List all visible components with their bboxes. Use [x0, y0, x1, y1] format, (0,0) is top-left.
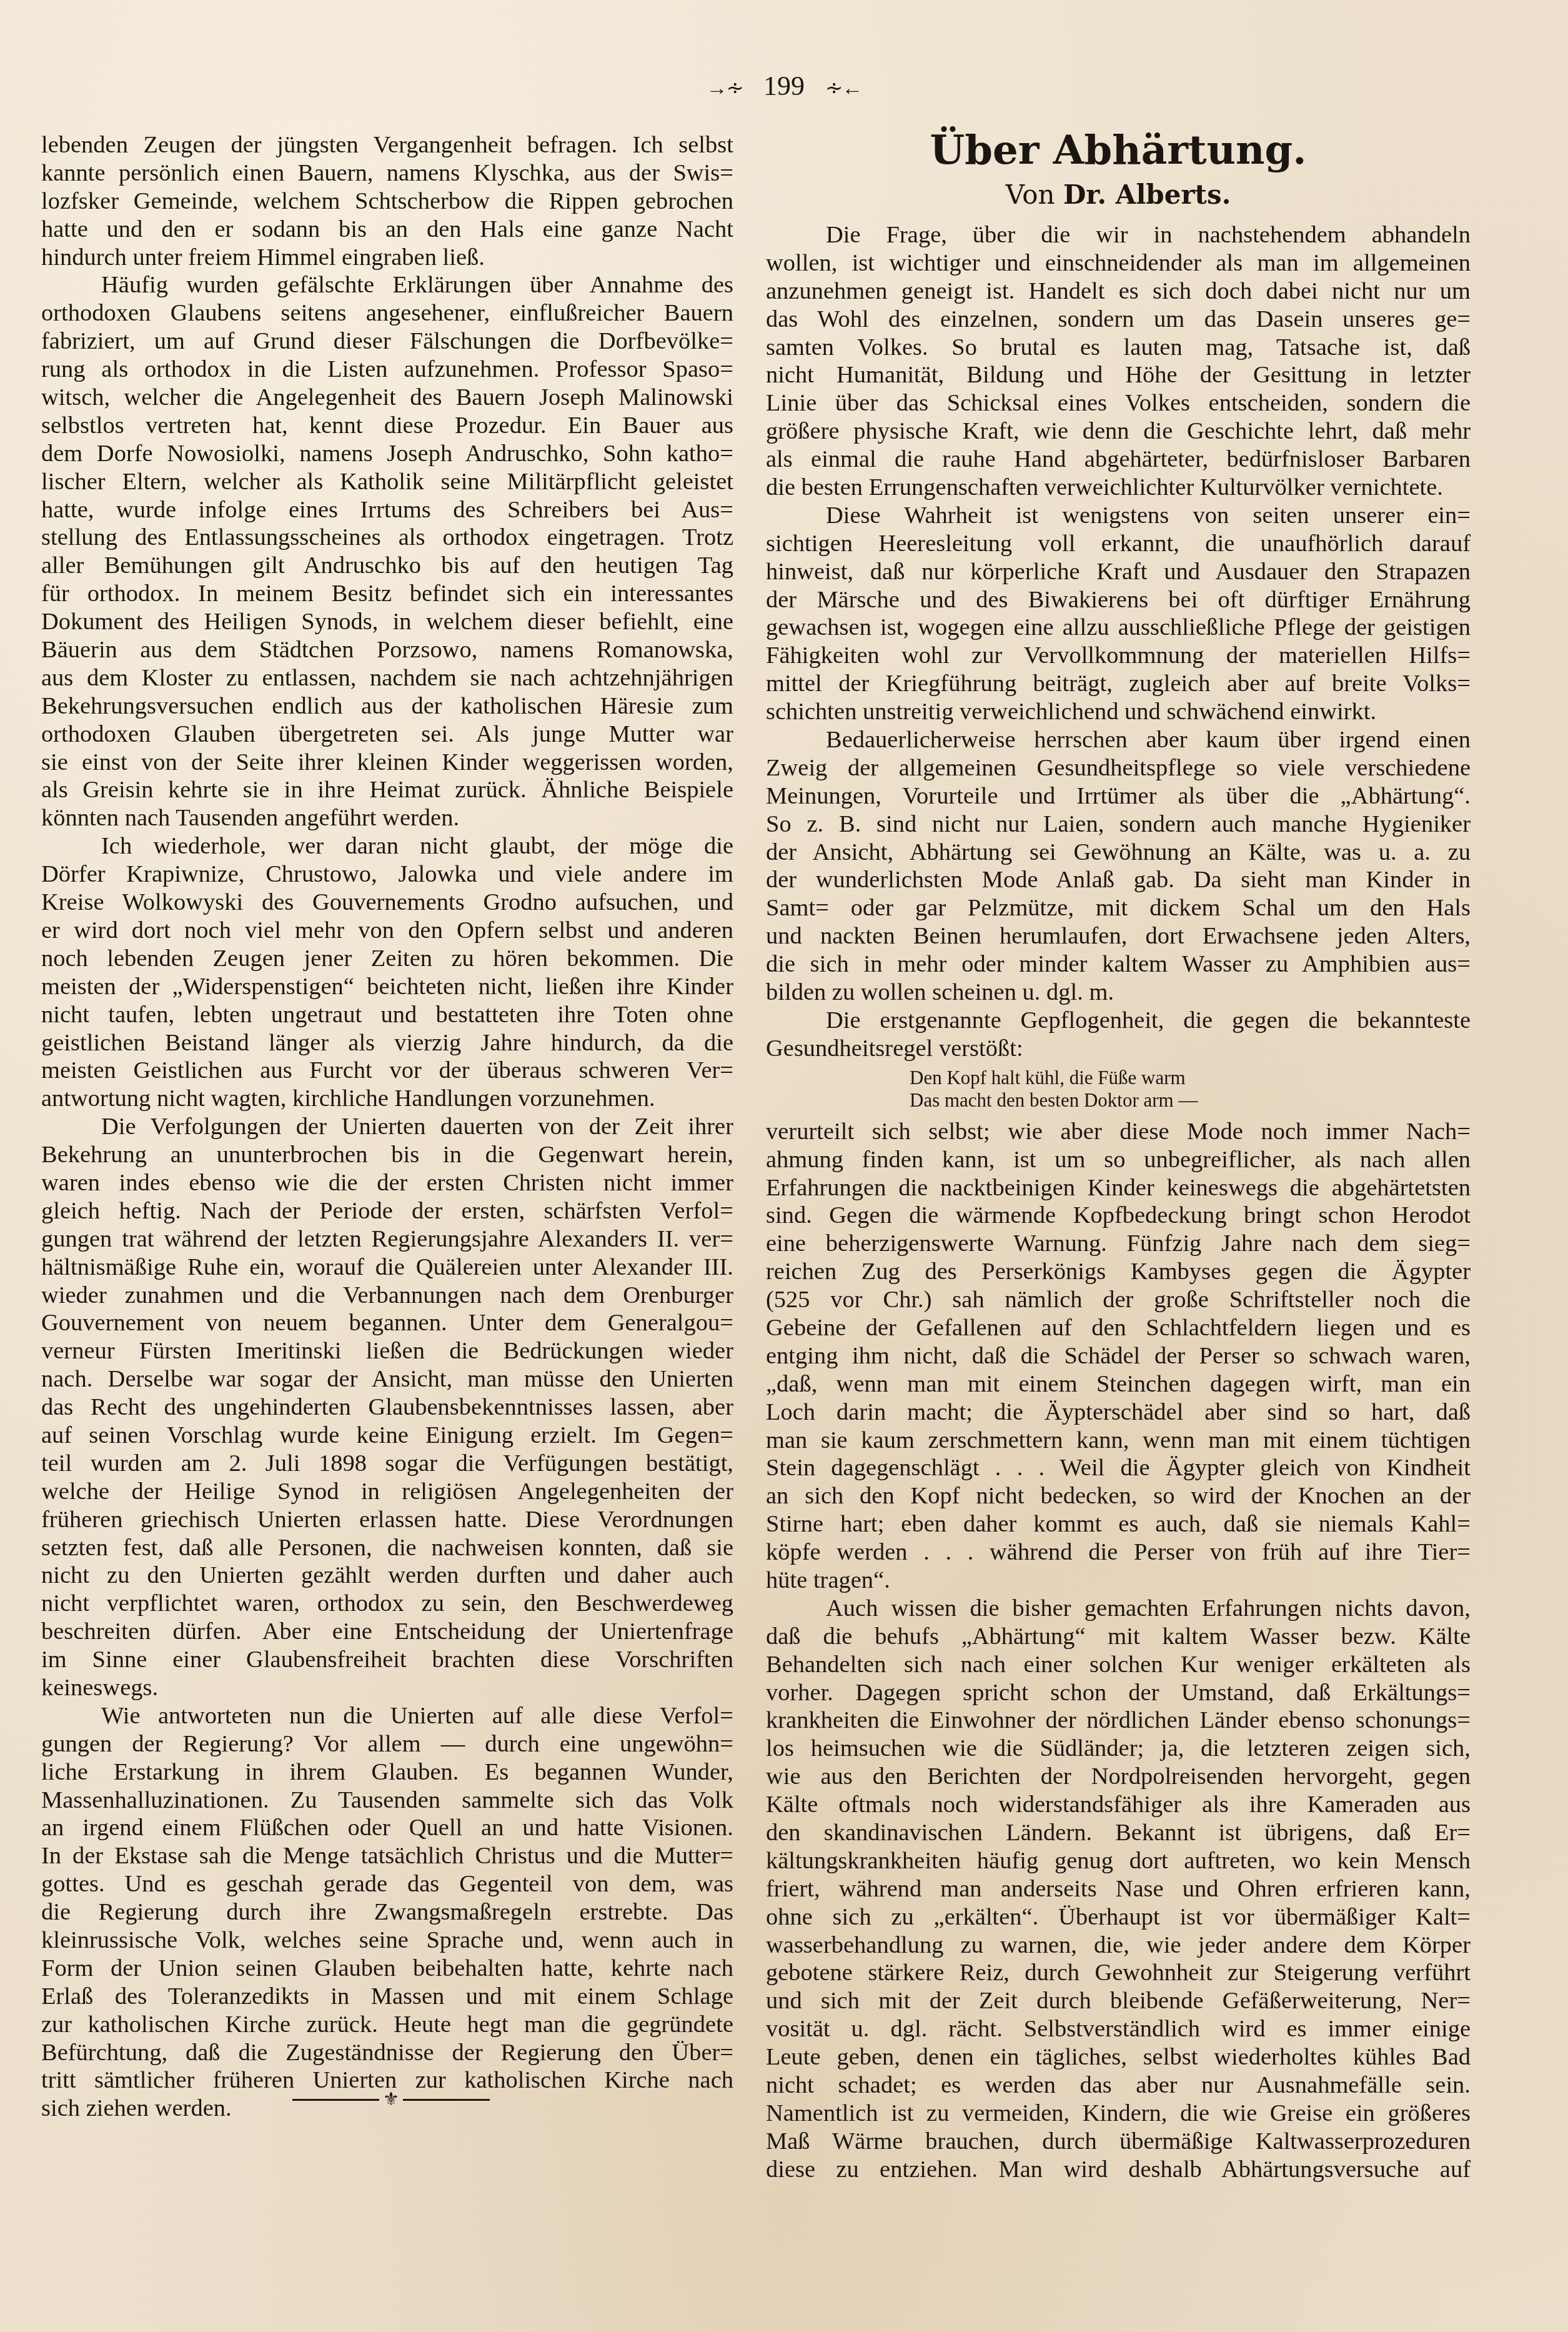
text-line: Erlaß des Toleranzedikts in Massen und m…	[41, 1983, 733, 2011]
text-line: nicht Humanität, Bildung und Höhe der Ge…	[766, 361, 1471, 389]
text-line: fabriziert, um auf Grund dieser Fälschun…	[41, 327, 733, 356]
text-line: hatte und den er sodann bis an den Hals …	[41, 216, 733, 244]
text-line: entging ihm nicht, daß die Schädel der P…	[766, 1342, 1471, 1370]
divider-rule-left	[292, 2099, 379, 2101]
text-line: Massenhalluzinationen. Zu Tausenden samm…	[41, 1786, 733, 1815]
section-end-divider: ⚜	[292, 2090, 490, 2109]
text-line: anzunehmen geneigt ist. Handelt es sich …	[766, 277, 1471, 306]
text-line: rung als orthodox in die Listen aufzuneh…	[41, 356, 733, 384]
author-name: Dr. Alberts.	[1063, 179, 1231, 210]
text-line: früheren griechisch Unierten erlassen ha…	[41, 1506, 733, 1534]
text-line: Die Frage, über die wir in nachstehendem…	[766, 221, 1471, 249]
text-line: lebenden Zeugen der jüngsten Vergangenhe…	[41, 131, 733, 159]
text-line: die sich in mehr oder minder kaltem Wass…	[766, 950, 1471, 979]
article-byline: Von Dr. Alberts.	[766, 176, 1471, 214]
text-line: Gouvernement von neuem begannen. Unter d…	[41, 1309, 733, 1337]
text-line: Bäuerin aus dem Städtchen Porzsowo, name…	[41, 636, 733, 664]
text-line: hindurch unter freiem Himmel eingraben l…	[41, 244, 733, 272]
article-body-part1: Die Frage, über die wir in nachstehendem…	[766, 221, 1471, 1063]
text-line: „daß, wenn man mit einem Steinchen dageg…	[766, 1370, 1471, 1398]
text-line: geistlichen Beistand länger als vierzig …	[41, 1029, 733, 1057]
text-line: orthodoxen Glaubens seitens angesehener,…	[41, 299, 733, 327]
text-line: daß die behufs „Abhärtung“ mit kaltem Wa…	[766, 1623, 1471, 1651]
page-header: →∻ 199 ∻←	[0, 67, 1568, 107]
text-line: samten Volkes. So brutal es lauten mag, …	[766, 334, 1471, 362]
verse-line: Den Kopf halt kühl, die Füße warm	[910, 1067, 1471, 1089]
page-number: 199	[763, 71, 805, 101]
text-line: er wird dort noch viel mehr von den Opfe…	[41, 917, 733, 945]
text-line: Fähigkeiten wohl zur Vervollkommnung der…	[766, 642, 1471, 670]
text-line: hüte tragen“.	[766, 1567, 1471, 1595]
text-line: keineswegs.	[41, 1674, 733, 1702]
text-line: größere physische Kraft, wie denn die Ge…	[766, 417, 1471, 446]
text-line: lozfsker Gemeinde, welchem Schtscherbow …	[41, 187, 733, 216]
text-line: sind. Gegen die wärmende Kopfbedeckung b…	[766, 1202, 1471, 1230]
text-line: als einmal die rauhe Hand abgehärteter, …	[766, 446, 1471, 474]
right-column: Über Abhärtung. Von Dr. Alberts. Die Fra…	[766, 125, 1471, 2184]
text-line: bilden zu wollen scheinen u. dgl. m.	[766, 979, 1471, 1007]
text-line: hältnismäßige Ruhe ein, worauf die Quäle…	[41, 1253, 733, 1282]
text-line: der wunderlichsten Mode Anlaß gab. Da si…	[766, 866, 1471, 894]
text-line: los heimsuchen wie die Südländer; ja, di…	[766, 1735, 1471, 1763]
text-line: selbstlos vertreten hat, kennt diese Pro…	[41, 412, 733, 440]
text-line: Form der Union seinen Glauben beibehalte…	[41, 1955, 733, 1983]
text-line: So z. B. sind nicht nur Laien, sondern a…	[766, 810, 1471, 839]
text-line: zur katholischen Kirche zurück. Heute he…	[41, 2011, 733, 2039]
text-line: wie aus den Berichten der Nordpolreisend…	[766, 1763, 1471, 1791]
text-line: köpfe werden . . . während die Perser vo…	[766, 1538, 1471, 1567]
text-line: Stirne hart; eben daher kommt es auch, d…	[766, 1510, 1471, 1538]
text-line: und nackten Beinen herumlaufen, dort Erw…	[766, 922, 1471, 950]
article-body-part2: verurteilt sich selbst; wie aber diese M…	[766, 1118, 1471, 2184]
text-line: hatte, wurde infolge eines Irrtums des S…	[41, 496, 733, 524]
text-line: Erfahrungen die nacktbeinigen Kinder kei…	[766, 1174, 1471, 1202]
text-line: für orthodox. In meinem Besitz befindet …	[41, 580, 733, 608]
text-line: und sich mit der Zeit durch bleibende Ge…	[766, 1987, 1471, 2015]
text-line: der Ansicht, Abhärtung sei Gewöhnung an …	[766, 839, 1471, 867]
text-line: eine beherzigenswerte Warnung. Fünfzig J…	[766, 1230, 1471, 1258]
text-line: lischer Eltern, welcher als Katholik sei…	[41, 468, 733, 496]
text-line: orthodoxen Glauben übergetreten sei. Als…	[41, 720, 733, 749]
article-title: Über Abhärtung.	[766, 125, 1471, 176]
text-line: Linie über das Schicksal eines Volkes en…	[766, 389, 1471, 417]
text-line: Zweig der allgemeinen Gesundheitspflege …	[766, 754, 1471, 782]
text-line: krankheiten die Einwohner der nördlichen…	[766, 1707, 1471, 1735]
text-line: In der Ekstase sah die Menge tatsächlich…	[41, 1842, 733, 1870]
text-line: ohne sich zu „erkälten“. Überhaupt ist v…	[766, 1903, 1471, 1931]
text-line: wieder zunahmen und die Verbannungen nac…	[41, 1282, 733, 1310]
text-line: (525 vor Chr.) sah nämlich der große Sch…	[766, 1286, 1471, 1314]
fleuron-icon: ⚜	[383, 2090, 400, 2109]
text-line: Samt= oder gar Pelzmütze, mit dickem Sch…	[766, 894, 1471, 922]
text-line: die Regierung durch ihre Zwangsmaßregeln…	[41, 1898, 733, 1926]
text-line: an irgend einem Flüßchen oder Quell an u…	[41, 1814, 733, 1842]
text-line: nicht zu den Unierten gezählt werden dur…	[41, 1562, 733, 1590]
text-line: gleich heftig. Nach der Periode der erst…	[41, 1197, 733, 1225]
text-line: Leute geben, denen ein tägliches, selbst…	[766, 2043, 1471, 2071]
text-line: Ich wiederhole, wer daran nicht glaubt, …	[41, 832, 733, 860]
text-line: Dokument des Heiligen Synods, in welchem…	[41, 608, 733, 636]
text-line: kältungskrankheiten häufig genug dort au…	[766, 1847, 1471, 1875]
text-line: schichten unstreitig verweichlichend und…	[766, 698, 1471, 726]
text-line: witsch, welcher die Angelegenheit des Ba…	[41, 384, 733, 412]
text-line: mittel der Kriegführung beiträgt, zuglei…	[766, 670, 1471, 698]
text-line: gebotene stärkere Reiz, durch Gewohnheit…	[766, 1959, 1471, 1987]
text-line: ahmung finden kann, ist um so unbegreifl…	[766, 1146, 1471, 1174]
text-line: im Sinne einer Glaubensfreiheit brachten…	[41, 1646, 733, 1674]
text-line: antwortung nicht wagten, kirchliche Hand…	[41, 1085, 733, 1113]
text-line: verneur Fürsten Imeritinski ließen die B…	[41, 1337, 733, 1365]
text-line: reichen Zug des Perserkönigs Kambyses ge…	[766, 1258, 1471, 1286]
divider-rule-right	[403, 2099, 490, 2101]
text-line: friert, während man anderseits Nase und …	[766, 1875, 1471, 1903]
text-line: Stein dagegenschlägt . . . Weil die Ägyp…	[766, 1454, 1471, 1482]
text-line: vosität u. dgl. rächt. Selbstverständlic…	[766, 2015, 1471, 2043]
text-line: liche Erstarkung in ihrem Glauben. Es be…	[41, 1758, 733, 1786]
text-line: sie einst von der Seite ihrer kleinen Ki…	[41, 749, 733, 777]
text-line: auf seinen Vorschlag wurde keine Einigun…	[41, 1422, 733, 1450]
text-line: Befürchtung, daß die Zugeständnisse der …	[41, 2039, 733, 2067]
text-line: dem Dorfe Nowosiolki, namens Joseph Andr…	[41, 440, 733, 468]
text-line: aus dem Kloster zu entlassen, nachdem si…	[41, 664, 733, 692]
text-line: Die erstgenannte Gepflogenheit, die gege…	[766, 1007, 1471, 1035]
text-line: verurteilt sich selbst; wie aber diese M…	[766, 1118, 1471, 1146]
text-line: Maß Wärme brauchen, durch übermäßige Kal…	[766, 2128, 1471, 2156]
text-line: beschreiten dürfen. Aber eine Entscheidu…	[41, 1618, 733, 1646]
text-line: Dörfer Krapiwnize, Chrustowo, Jalowka un…	[41, 860, 733, 889]
text-line: das Wohl des einzelnen, sondern um das D…	[766, 306, 1471, 334]
text-line: Loch darin macht; die Äypterschädel aber…	[766, 1398, 1471, 1427]
text-line: Häufig wurden gefälschte Erklärungen übe…	[41, 271, 733, 299]
text-line: wasserbehandlung zu warnen, die, wie jed…	[766, 1931, 1471, 1960]
text-line: vorher. Dagegen spricht schon der Umstan…	[766, 1679, 1471, 1707]
text-line: Auch wissen die bisher gemachten Erfahru…	[766, 1595, 1471, 1623]
text-line: aller Bemühungen gilt Andruschko bis auf…	[41, 552, 733, 580]
text-line: könnten nach Tausenden angeführt werden.	[41, 804, 733, 832]
text-line: meisten der „Widerspenstigen“ beichteten…	[41, 973, 733, 1001]
text-line: nach. Derselbe war sogar der Ansicht, ma…	[41, 1365, 733, 1393]
text-line: Gebeine der Gefallenen auf den Schlachtf…	[766, 1314, 1471, 1342]
text-line: Meinungen, Vorurteile und Irrtümer als ü…	[766, 782, 1471, 810]
text-line: nicht taufen, lebten ungetraut und besta…	[41, 1001, 733, 1029]
text-line: Bekehrung an ununterbrochen bis in die G…	[41, 1141, 733, 1169]
text-line: Diese Wahrheit ist wenigstens von seiten…	[766, 502, 1471, 530]
ornament-right-icon: ∻←	[825, 77, 862, 100]
text-line: als Greisin kehrte sie in ihre Heimat zu…	[41, 776, 733, 804]
text-line: gottes. Und es geschah gerade das Gegent…	[41, 1870, 733, 1898]
text-line: Wie antworteten nun die Unierten auf all…	[41, 1702, 733, 1730]
text-line: Kreise Wolkowyski des Gouvernements Grod…	[41, 889, 733, 917]
text-line: setzten fest, daß alle Personen, die nac…	[41, 1534, 733, 1562]
text-line: Gesundheitsregel verstößt:	[766, 1035, 1471, 1063]
ornament-left-icon: →∻	[707, 77, 743, 100]
text-line: den skandinavischen Ländern. Bekannt ist…	[766, 1819, 1471, 1847]
text-line: Bedauerlicherweise herrschen aber kaum ü…	[766, 726, 1471, 754]
text-line: Namentlich ist zu vermeiden, Kindern, di…	[766, 2100, 1471, 2128]
text-line: kannte persönlich einen Bauern, namens K…	[41, 159, 733, 187]
verse-line: Das macht den besten Doktor arm —	[910, 1089, 1471, 1112]
text-line: Kälte oftmals noch widerstandsfähiger al…	[766, 1791, 1471, 1819]
left-column: lebenden Zeugen der jüngsten Vergangenhe…	[41, 131, 733, 2123]
text-line: stellung des Entlassungsscheines als ort…	[41, 524, 733, 552]
text-line: wollen, ist wichtiger und einschneidende…	[766, 249, 1471, 277]
text-line: hinweist, daß nur körperliche Kraft und …	[766, 558, 1471, 586]
text-line: an sich den Kopf nicht bedecken, so wird…	[766, 1482, 1471, 1510]
text-line: Behandelten sich nach einer solchen Kur …	[766, 1651, 1471, 1679]
text-line: teil wurden am 2. Juli 1898 sogar die Ve…	[41, 1450, 733, 1478]
text-line: welche der Heilige Synod in religiösen A…	[41, 1478, 733, 1506]
text-line: Die Verfolgungen der Unierten dauerten v…	[41, 1113, 733, 1141]
text-line: kleinrussische Volk, welches seine Sprac…	[41, 1926, 733, 1955]
text-line: gewachsen ist, wogegen eine allzu aussch…	[766, 614, 1471, 642]
text-line: sichtigen Heeresleitung voll erkannt, di…	[766, 530, 1471, 558]
text-line: das Recht des ungehinderten Glaubensbeke…	[41, 1393, 733, 1422]
text-line: noch lebenden Zeugen jener Zeiten zu hör…	[41, 945, 733, 973]
text-line: der Märsche und des Biwakierens bei oft …	[766, 586, 1471, 614]
text-line: Bekehrungsversuchen endlich aus der kath…	[41, 692, 733, 720]
text-line: diese zu entziehen. Man wird deshalb Abh…	[766, 2156, 1471, 2184]
text-line: die besten Errungenschaften verweichlich…	[766, 474, 1471, 502]
text-line: nicht schadet; es werden das aber nur Au…	[766, 2071, 1471, 2100]
text-line: gungen der Regierung? Vor allem — durch …	[41, 1730, 733, 1758]
text-line: meisten Geistlichen aus Furcht vor der ü…	[41, 1057, 733, 1085]
text-line: waren indes ebenso wie die der ersten Ch…	[41, 1169, 733, 1197]
text-line: nicht verpflichtet waren, orthodox zu se…	[41, 1590, 733, 1618]
quoted-verse: Den Kopf halt kühl, die Füße warm Das ma…	[766, 1067, 1471, 1112]
byline-prefix: Von	[1006, 179, 1063, 210]
text-line: man sie kaum zerschmettern kann, wenn ma…	[766, 1427, 1471, 1455]
text-line: gungen trat während der letzten Regierun…	[41, 1225, 733, 1253]
